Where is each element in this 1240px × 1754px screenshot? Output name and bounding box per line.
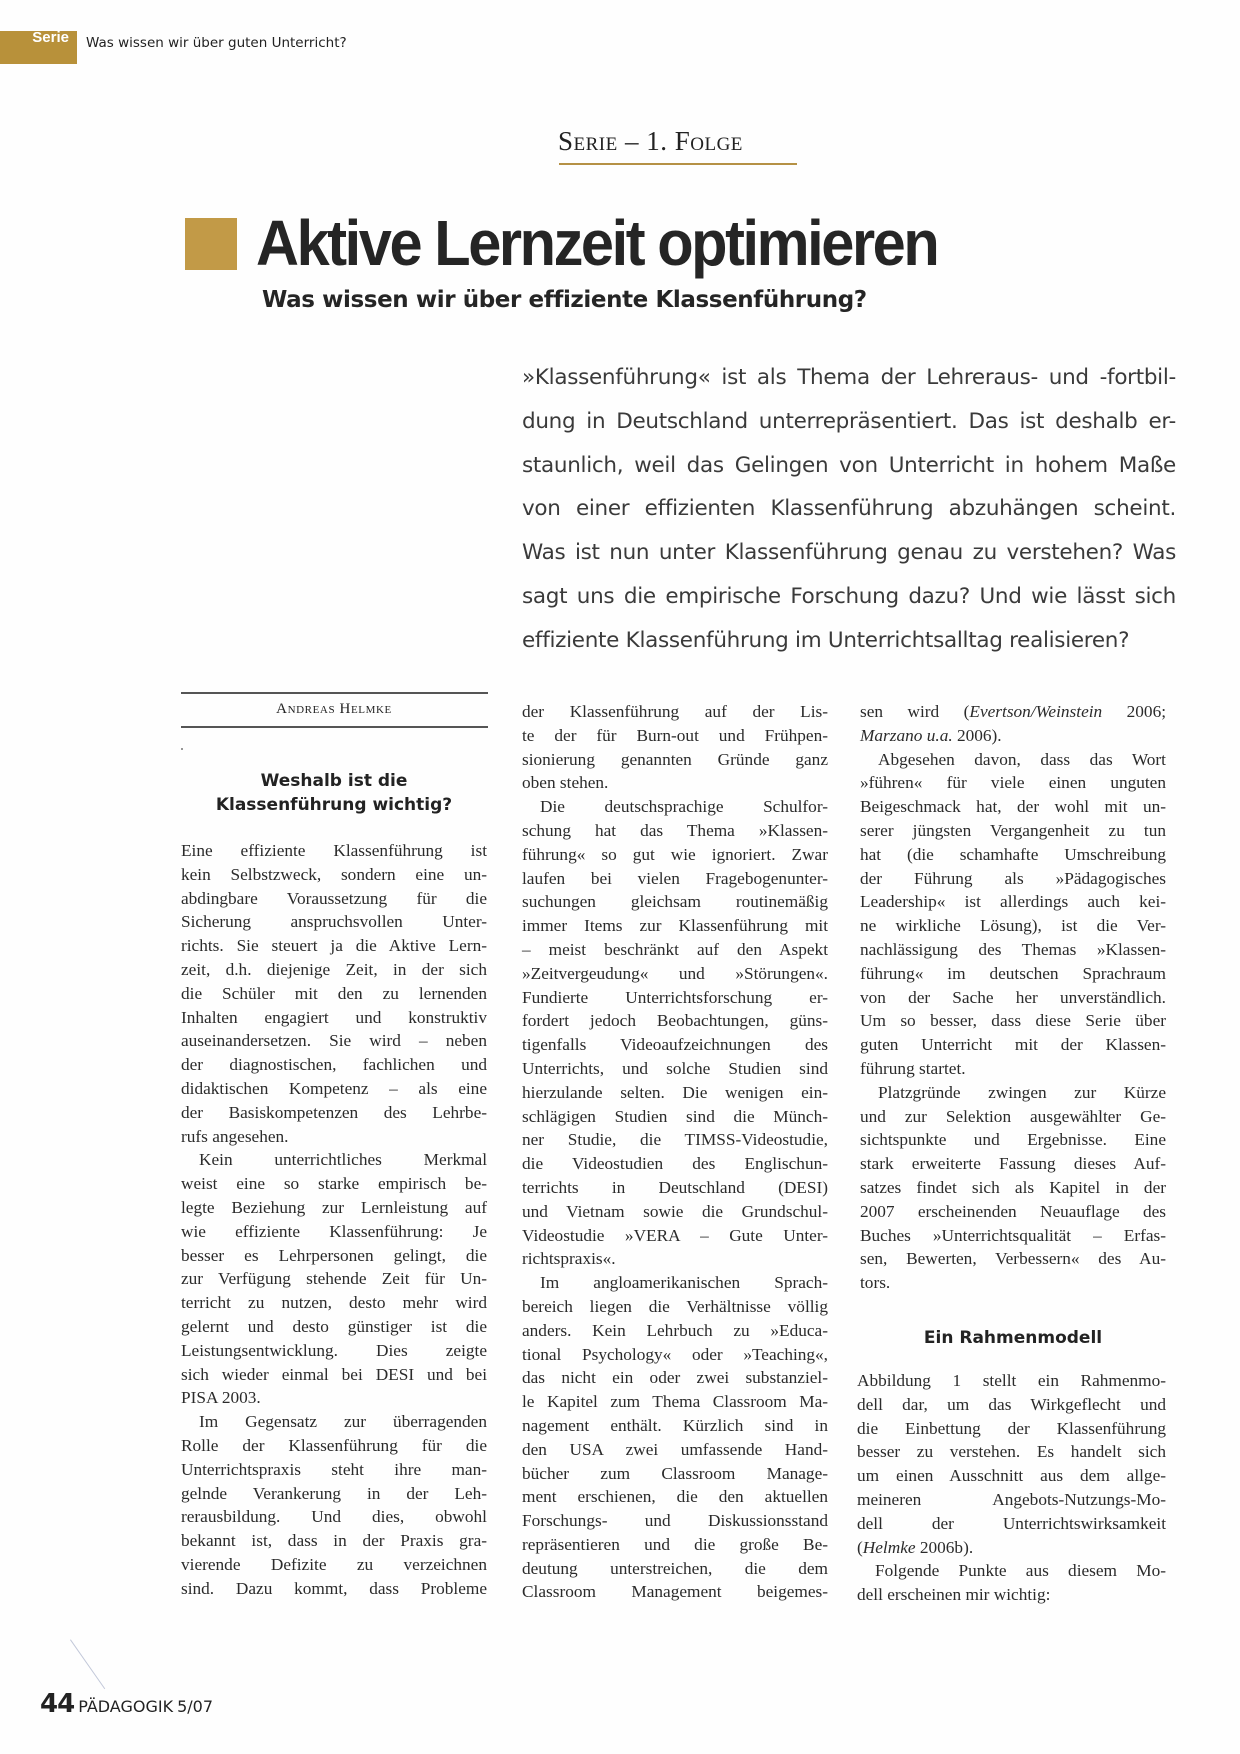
text-line: der Basiskompetenzen des Lehrbe- xyxy=(181,1101,487,1125)
text-line: PISA 2003. xyxy=(181,1386,487,1410)
text-line: laufen bei vielen Fragebogenunter- xyxy=(522,867,828,891)
text-line: rerausbildung. Und dies, obwohl xyxy=(181,1505,487,1529)
text-line: kein Selbstzweck, sondern eine un- xyxy=(181,863,487,887)
author-rule-bottom xyxy=(181,726,488,728)
text-line: schlägigen Studien sind die Münch- xyxy=(522,1105,828,1129)
body-column-3-continued: Abbildung 1 stellt ein Rahmenmo- dell da… xyxy=(857,1369,1166,1607)
text-line: nachlässigung des Themas »Klassen- xyxy=(860,938,1166,962)
text-line: wie effiziente Klassenführung: Je xyxy=(181,1220,487,1244)
magazine-name: PÄDAGOGIK xyxy=(78,1697,173,1716)
text-line: Buches »Unterrichtsqualität – Erfas- xyxy=(860,1224,1166,1248)
text-line: sind. Dazu kommt, dass Probleme xyxy=(181,1577,487,1601)
text-line: das nicht ein oder zwei substanziel- xyxy=(522,1366,828,1390)
lead-line: sagt uns die empirische Forschung dazu? … xyxy=(522,575,1176,619)
scan-speck xyxy=(181,748,183,750)
text-line: der Klassenführung auf der Lis- xyxy=(522,700,828,724)
text-line: zeit, d.h. diejenige Zeit, in der sich xyxy=(181,958,487,982)
text-line: und Vietnam sowie die Grundschul- xyxy=(522,1200,828,1224)
text-line: der Führung als »Pädagogisches xyxy=(860,867,1166,891)
section-heading-line: Klassenführung wichtig? xyxy=(181,793,487,817)
text-line: – meist beschränkt auf den Aspekt xyxy=(522,938,828,962)
text-line: schung hat das Thema »Klassen- xyxy=(522,819,828,843)
text-line: suchungen gleichsam routinemäßig xyxy=(522,890,828,914)
text-line: tional Psychology« oder »Teaching«, xyxy=(522,1343,828,1367)
text-line: die Schüler mit den zu lernenden xyxy=(181,982,487,1006)
section-tab-label: Serie xyxy=(0,31,69,49)
lead-line: staunlich, weil das Gelingen von Unterri… xyxy=(522,444,1176,488)
body-column-1: Eine effiziente Klassenführung ist kein … xyxy=(181,839,487,1601)
section-heading-line: Weshalb ist die xyxy=(181,769,487,793)
text-line: ment erschienen, die den aktuellen xyxy=(522,1485,828,1509)
text-line: Unterrichtspraxis steht ihre man- xyxy=(181,1458,487,1482)
citation-line: sen wird (Evertson/Weinstein 2006; xyxy=(860,700,1166,724)
text-line: die Videostudien des Englischun- xyxy=(522,1152,828,1176)
text-line: sich wieder einmal bei DESI und bei xyxy=(181,1363,487,1387)
text-line: sen, Bewerten, Verbessern« des Au- xyxy=(860,1247,1166,1271)
text-line: führung startet. xyxy=(860,1057,1166,1081)
text-line: besser zu verstehen. Es handelt sich xyxy=(857,1440,1166,1464)
text-line: gelernt und desto günstiger ist die xyxy=(181,1315,487,1339)
text-line: gelnde Verankerung in der Leh- xyxy=(181,1482,487,1506)
text-line: stark erweiterte Fassung dieses Auf- xyxy=(860,1152,1166,1176)
text-line: Im Gegensatz zur überragenden xyxy=(181,1410,487,1434)
text-line: fordert jedoch Beobachtungen, güns- xyxy=(522,1009,828,1033)
text-line: führung« so gut wie ignoriert. Zwar xyxy=(522,843,828,867)
text-line: le Kapitel zum Thema Classroom Ma- xyxy=(522,1390,828,1414)
text-line: Kein unterrichtliches Merkmal xyxy=(181,1148,487,1172)
text-line: tors. xyxy=(860,1271,1166,1295)
text-line: führung« im deutschen Sprachraum xyxy=(860,962,1166,986)
section-tab: Serie xyxy=(0,31,77,64)
lead-line: von einer effizienten Klassenführung abz… xyxy=(522,487,1176,531)
text-line: terrichts in Deutschland (DESI) xyxy=(522,1176,828,1200)
text-line: legte Beziehung zur Lernleistung auf xyxy=(181,1196,487,1220)
text-line: bereich liegen die Verhältnisse völlig xyxy=(522,1295,828,1319)
citation-line: (Helmke 2006b). xyxy=(857,1536,1166,1560)
text-line: anders. Kein Lehrbuch zu »Educa- xyxy=(522,1319,828,1343)
text-line: Leadership« ist allerdings auch kei- xyxy=(860,890,1166,914)
text-line: ne wirkliche Lösung), ist die Ver- xyxy=(860,914,1166,938)
text-line: Classroom Management beigemes- xyxy=(522,1580,828,1604)
text-line: auseinandersetzen. Sie wird – neben xyxy=(181,1029,487,1053)
section-heading-framework: Ein Rahmenmodell xyxy=(860,1326,1166,1350)
text-line: bücher zum Classroom Manage- xyxy=(522,1462,828,1486)
text-line: vierende Defizite zu verzeichnen xyxy=(181,1553,487,1577)
text-line: deutung unterstreichen, die dem xyxy=(522,1557,828,1581)
text-line: nagement enthält. Kürzlich sind in xyxy=(522,1414,828,1438)
text-line: Forschungs- und Diskussionsstand xyxy=(522,1509,828,1533)
text-line: richts. Sie steuert ja die Aktive Lern- xyxy=(181,934,487,958)
text-line: Fundierte Unterrichtsforschung er- xyxy=(522,986,828,1010)
text-line: ner Studie, die TIMSS-Videostudie, xyxy=(522,1128,828,1152)
text-line: sichtspunkte und Ergebnisse. Eine xyxy=(860,1128,1166,1152)
text-line: didaktischen Kompetenz – als eine xyxy=(181,1077,487,1101)
text-line: Beigeschmack hat, der wohl mit un- xyxy=(860,795,1166,819)
text-line: richtspraxis«. xyxy=(522,1247,828,1271)
text-line: besser es Lehrpersonen gelingt, die xyxy=(181,1244,487,1268)
text-line: Platzgründe zwingen zur Kürze xyxy=(860,1081,1166,1105)
text-line: von der Sache her unverständlich. xyxy=(860,986,1166,1010)
author-name: Andreas Helmke xyxy=(180,701,488,718)
text-line: bekannt ist, dass in der Praxis gra- xyxy=(181,1529,487,1553)
text-line: zur Verfügung stehende Zeit für Un- xyxy=(181,1267,487,1291)
citation-authors: Marzano u.a. xyxy=(860,726,953,745)
lead-line: »Klassenführung« ist als Thema der Lehre… xyxy=(522,356,1176,400)
text-line: Leistungsentwicklung. Dies zeigte xyxy=(181,1339,487,1363)
text-line: oben stehen. xyxy=(522,771,828,795)
text-line: der diagnostischen, fachlichen und xyxy=(181,1053,487,1077)
text-line: Videostudie »VERA – Gute Unter- xyxy=(522,1224,828,1248)
text-line: dell erscheinen mir wichtig: xyxy=(857,1583,1166,1607)
author-rule-top xyxy=(181,692,488,694)
page-number: 44 xyxy=(40,1689,74,1719)
text-line: die Einbettung der Klassenführung xyxy=(857,1417,1166,1441)
text-line: Rolle der Klassenführung für die xyxy=(181,1434,487,1458)
text-line: Unterrichts, und solche Studien sind xyxy=(522,1057,828,1081)
text-line: meineren Angebots-Nutzungs-Mo- xyxy=(857,1488,1166,1512)
text-line: te der für Burn-out und Frühpen- xyxy=(522,724,828,748)
citation-line: Marzano u.a. 2006). xyxy=(860,724,1166,748)
text-line: den USA zwei umfassende Hand- xyxy=(522,1438,828,1462)
text-line: immer Items zur Klassenführung mit xyxy=(522,914,828,938)
body-column-3: sen wird (Evertson/Weinstein 2006; Marza… xyxy=(860,700,1166,1295)
text-line: Abgesehen davon, dass das Wort xyxy=(860,748,1166,772)
text-line: dell der Unterrichtswirksamkeit xyxy=(857,1512,1166,1536)
text-line: 2007 erscheinenden Neuauflage des xyxy=(860,1200,1166,1224)
text-line: dell dar, um das Wirkgeflecht und xyxy=(857,1393,1166,1417)
running-header-title: Was wissen wir über guten Unterricht? xyxy=(86,35,347,51)
text-line: Um so besser, dass diese Serie über xyxy=(860,1009,1166,1033)
text-line: Die deutschsprachige Schulfor- xyxy=(522,795,828,819)
text-line: satzes findet sich als Kapitel in der xyxy=(860,1176,1166,1200)
text-line: Abbildung 1 stellt ein Rahmenmo- xyxy=(857,1369,1166,1393)
citation-author: Helmke xyxy=(863,1538,916,1557)
pencil-mark xyxy=(70,1639,105,1689)
text-line: abdingbare Voraussetzung für die xyxy=(181,887,487,911)
text-line: tigenfalls Videoaufzeichnungen des xyxy=(522,1033,828,1057)
text-line: sionierung genannten Gründe ganz xyxy=(522,748,828,772)
body-column-2: der Klassenführung auf der Lis- te der f… xyxy=(522,700,828,1604)
text-line: guten Unterricht mit der Klassen- xyxy=(860,1033,1166,1057)
text-line: serer jüngsten Vergangenheit zu tun xyxy=(860,819,1166,843)
text-line: »Zeitvergeudung« und »Störungen«. xyxy=(522,962,828,986)
section-heading-why: Weshalb ist die Klassenführung wichtig? xyxy=(181,769,487,817)
kicker-underline xyxy=(559,163,797,165)
text-line: »führen« für viele einen unguten xyxy=(860,771,1166,795)
article-lead: »Klassenführung« ist als Thema der Lehre… xyxy=(522,356,1176,663)
citation-authors: Evertson/Weinstein xyxy=(969,702,1102,721)
lead-line: Was ist nun unter Klassenführung genau z… xyxy=(522,531,1176,575)
text-line: repräsentieren und die große Be- xyxy=(522,1533,828,1557)
article-title: Aktive Lernzeit optimieren xyxy=(256,206,937,280)
text-line: terricht zu nutzen, desto mehr wird xyxy=(181,1291,487,1315)
text-line: rufs angesehen. xyxy=(181,1125,487,1149)
text-line: hierzulande selten. Die wenigen ein- xyxy=(522,1081,828,1105)
text-line: und zur Selektion ausgewählter Ge- xyxy=(860,1105,1166,1129)
text-line: weist eine so starke empirisch be- xyxy=(181,1172,487,1196)
text-line: Inhalten engagiert und konstruktiv xyxy=(181,1006,487,1030)
lead-line: effiziente Klassenführung im Unterrichts… xyxy=(522,619,1176,663)
text-line: Eine effiziente Klassenführung ist xyxy=(181,839,487,863)
lead-line: dung in Deutschland unterrepräsentiert. … xyxy=(522,400,1176,444)
title-accent-square xyxy=(185,218,237,270)
series-kicker: Serie – 1. Folge xyxy=(558,126,743,157)
text-line: Folgende Punkte aus diesem Mo- xyxy=(857,1559,1166,1583)
text-line: hat (die schamhafte Umschreibung xyxy=(860,843,1166,867)
page-footer: 44PÄDAGOGIK5/07 xyxy=(40,1689,213,1719)
text-line: Im angloamerikanischen Sprach- xyxy=(522,1271,828,1295)
text-line: um einen Ausschnitt aus dem allge- xyxy=(857,1464,1166,1488)
text-line: Sicherung anspruchsvollen Unter- xyxy=(181,910,487,934)
article-subtitle: Was wissen wir über effiziente Klassenfü… xyxy=(262,287,867,313)
issue-number: 5/07 xyxy=(177,1697,213,1716)
